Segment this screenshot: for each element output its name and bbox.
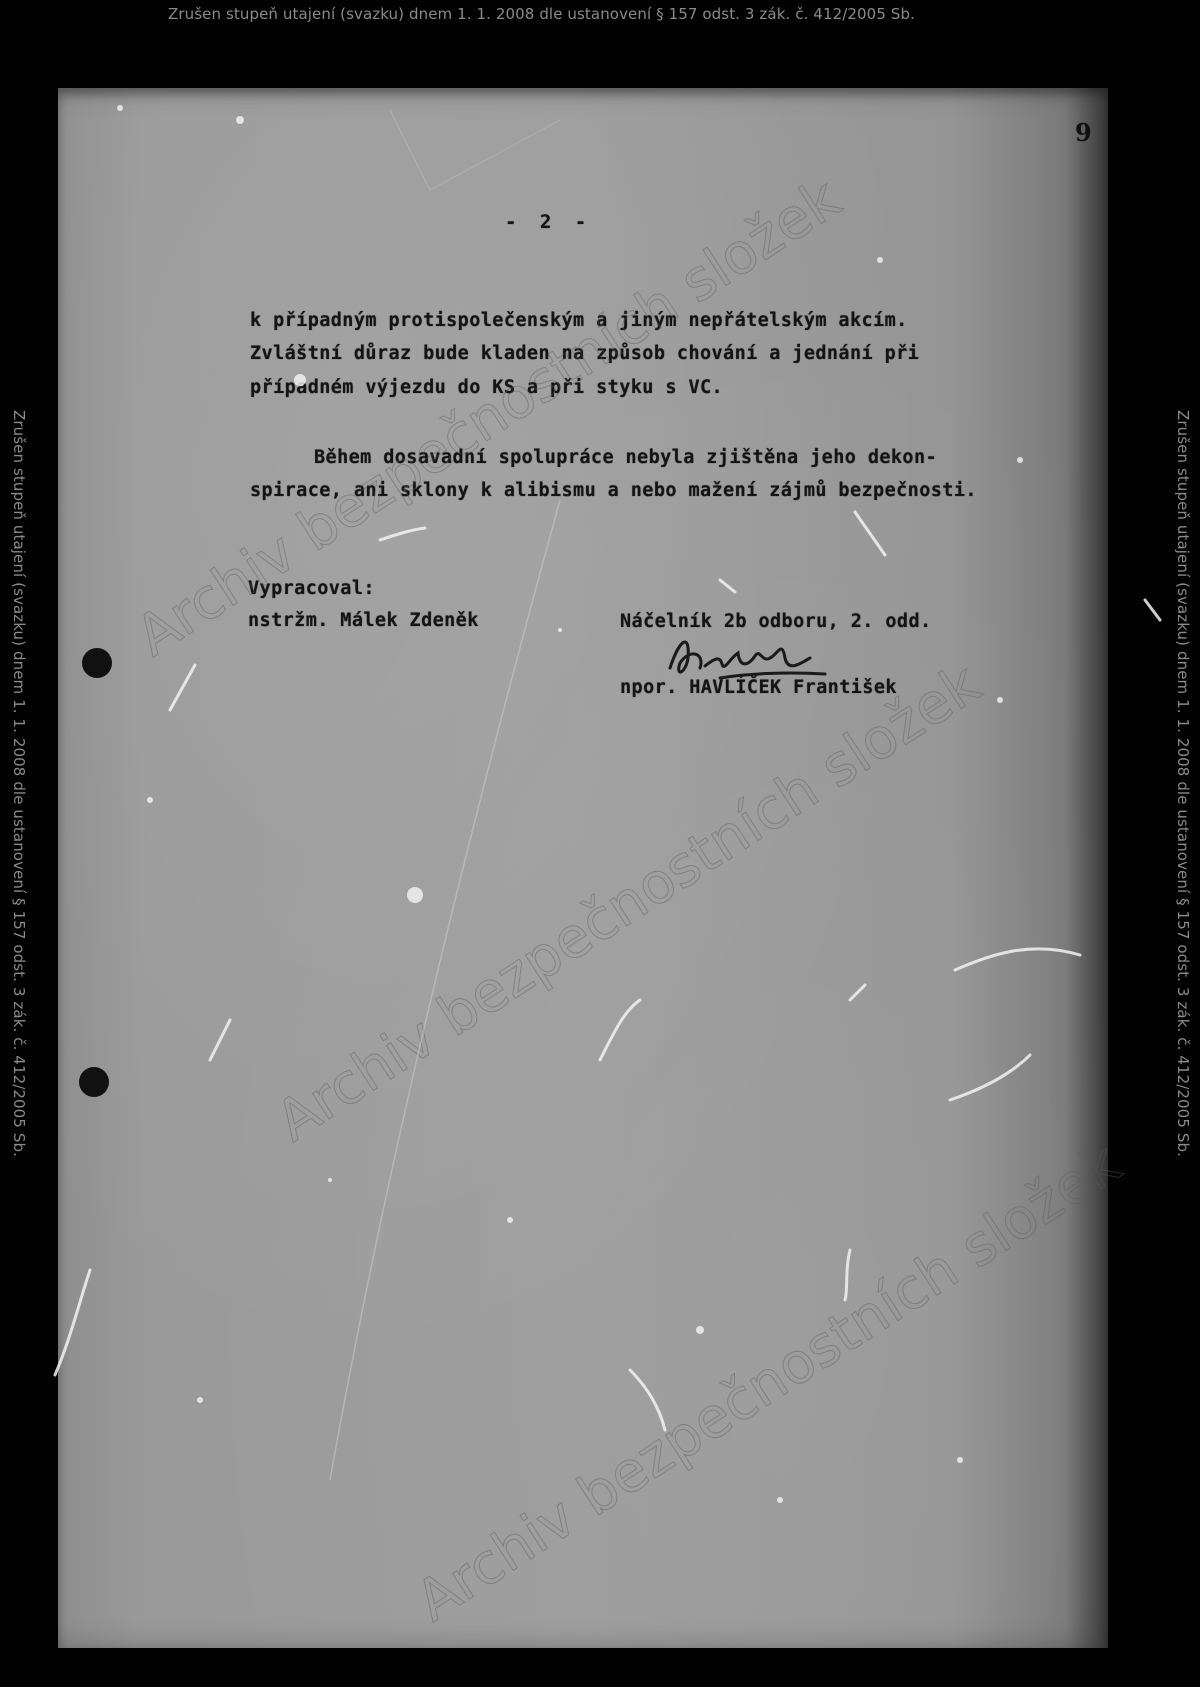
punch-hole: [79, 1067, 109, 1097]
declassification-stamp-right: Zrušen stupeň utajení (svazku) dnem 1. 1…: [1174, 410, 1192, 1157]
declassification-stamp-left: Zrušen stupeň utajení (svazku) dnem 1. 1…: [10, 410, 28, 1157]
folio-number: 9: [1075, 118, 1092, 147]
declassification-stamp-top: Zrušen stupeň utajení (svazku) dnem 1. 1…: [168, 5, 915, 23]
prepared-by-name: nstržm. Málek Zdeněk: [248, 610, 479, 631]
page-number: - 2 -: [505, 211, 592, 233]
signature-icon: [660, 628, 890, 688]
punch-hole: [82, 648, 112, 678]
